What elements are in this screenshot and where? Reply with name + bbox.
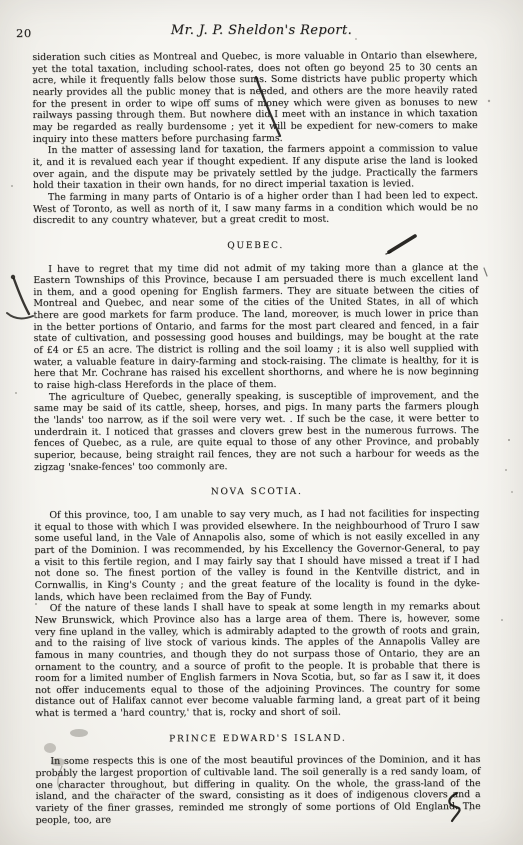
paragraph-farming-ontario: The farming in many parts of Ontario is … [33,190,478,227]
margin-mark-stroke-icon [14,279,29,314]
speck-icon [355,38,357,40]
margin-mark-foot-icon [7,313,33,318]
heading-prince-edwards-island: PRINCE EDWARD'S ISLAND. [35,733,480,747]
paragraph-pei-description: In some respects this is one of the most… [35,754,480,826]
heading-quebec: QUEBEC. [33,240,478,254]
speck-icon [501,619,503,621]
speck-icon [505,469,507,471]
running-title: Mr. J. P. Sheldon's Report. [0,23,523,38]
scanned-report-page: 20 Mr. J. P. Sheldon's Report. sideratio… [0,0,523,845]
speck-icon [511,491,513,493]
paragraph-taxation-continuation: sideration such cities as Montreal and Q… [32,50,477,145]
page-body: sideration such cities as Montreal and Q… [32,50,480,826]
paragraph-nova-scotia-truro: Of this province, too, I am unable to sa… [34,508,479,603]
small-tick-icon [484,268,487,276]
margin-mark-dot-icon [11,275,15,279]
paragraph-quebec-agriculture: The agriculture of Quebec, generally spe… [34,390,479,474]
heading-nova-scotia: NOVA SCOTIA. [34,486,479,500]
paragraph-nova-scotia-annapolis: Of the nature of these lands I shall hav… [35,601,481,720]
speck-icon [11,185,13,187]
speck-icon [488,100,490,102]
speck-icon [508,439,510,441]
paragraph-assessing-land: In the matter of assessing land for taxa… [33,143,478,192]
paragraph-quebec-townships: I have to regret that my time did not ad… [33,262,479,392]
speck-icon [15,392,17,394]
